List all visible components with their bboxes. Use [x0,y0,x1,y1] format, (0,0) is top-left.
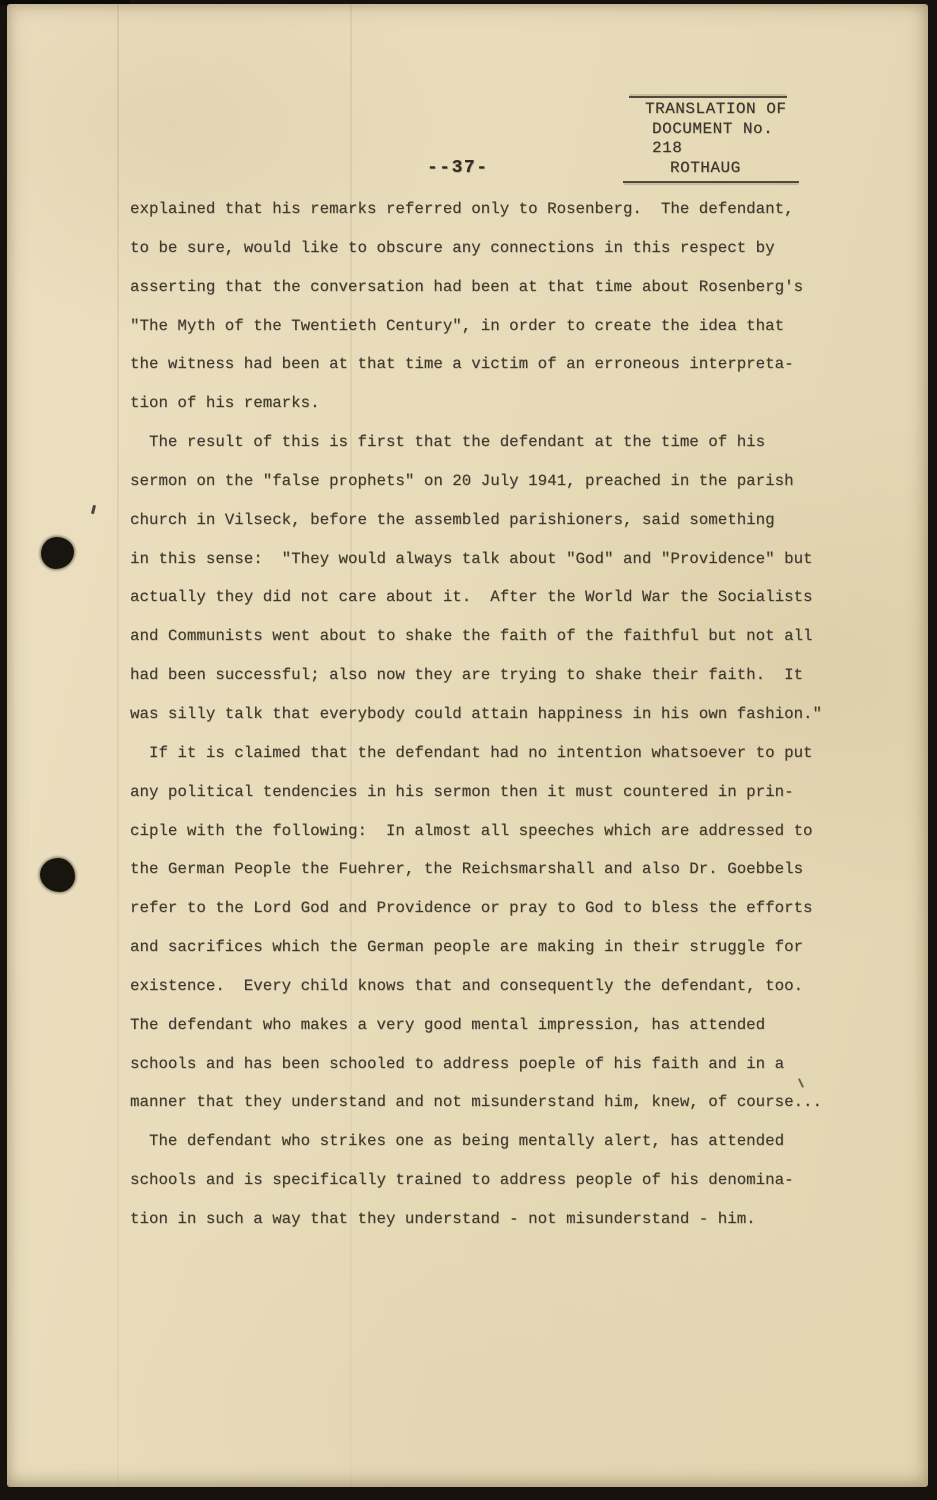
document-line: manner that they understand and not misu… [130,1083,860,1122]
document-line: had been successful; also now they are t… [130,656,860,695]
document-line: schools and has been schooled to address… [130,1045,860,1084]
stamp-title: TRANSLATION OF [618,100,808,120]
document-line: schools and is specifically trained to a… [130,1161,860,1200]
document-line: explained that his remarks referred only… [130,190,860,229]
document-line: any political tendencies in his sermon t… [130,773,860,812]
document-line: tion of his remarks. [130,384,860,423]
document-line: and sacrifices which the German people a… [130,928,860,967]
document-line: The result of this is first that the def… [130,423,860,462]
document-text: explained that his remarks referred only… [130,190,860,1239]
document-line: asserting that the conversation had been… [130,268,860,307]
page-number: --37- [427,158,489,178]
document-line: If it is claimed that the defendant had … [130,734,860,773]
document-line: "The Myth of the Twentieth Century", in … [130,307,860,346]
scanned-document-screenshot: { "page": { "number_label": "--37-", "pa… [0,0,937,1500]
document-line: to be sure, would like to obscure any co… [130,229,860,268]
document-line: church in Vilseck, before the assembled … [130,501,860,540]
document-line: in this sense: "They would always talk a… [130,540,860,579]
document-line: and Communists went about to shake the f… [130,617,860,656]
stamp-overline [629,96,787,98]
document-line: refer to the Lord God and Providence or … [130,889,860,928]
document-page: TRANSLATION OF DOCUMENT No. 218 ROTHAUG … [7,4,928,1487]
document-line: The defendant who strikes one as being m… [130,1122,860,1161]
document-line: the German People the Fuehrer, the Reich… [130,850,860,889]
hole-punch-bottom [40,858,75,892]
ink-speck [91,505,96,514]
document-line: ciple with the following: In almost all … [130,812,860,851]
translation-stamp: TRANSLATION OF DOCUMENT No. 218 ROTHAUG [618,96,808,183]
document-line: the witness had been at that time a vict… [130,345,860,384]
document-line: tion in such a way that they understand … [130,1200,860,1239]
document-line: The defendant who makes a very good ment… [130,1006,860,1045]
stamp-underline [623,181,799,183]
paper-crease [117,4,119,1487]
document-line: actually they did not care about it. Aft… [130,578,860,617]
document-line: existence. Every child knows that and co… [130,967,860,1006]
stamp-document-number: DOCUMENT No. 218 [618,120,808,159]
document-line: was silly talk that everybody could atta… [130,695,860,734]
hole-punch-top [41,537,74,569]
stamp-defendant-name: ROTHAUG [618,159,808,179]
document-line: sermon on the "false prophets" on 20 Jul… [130,462,860,501]
